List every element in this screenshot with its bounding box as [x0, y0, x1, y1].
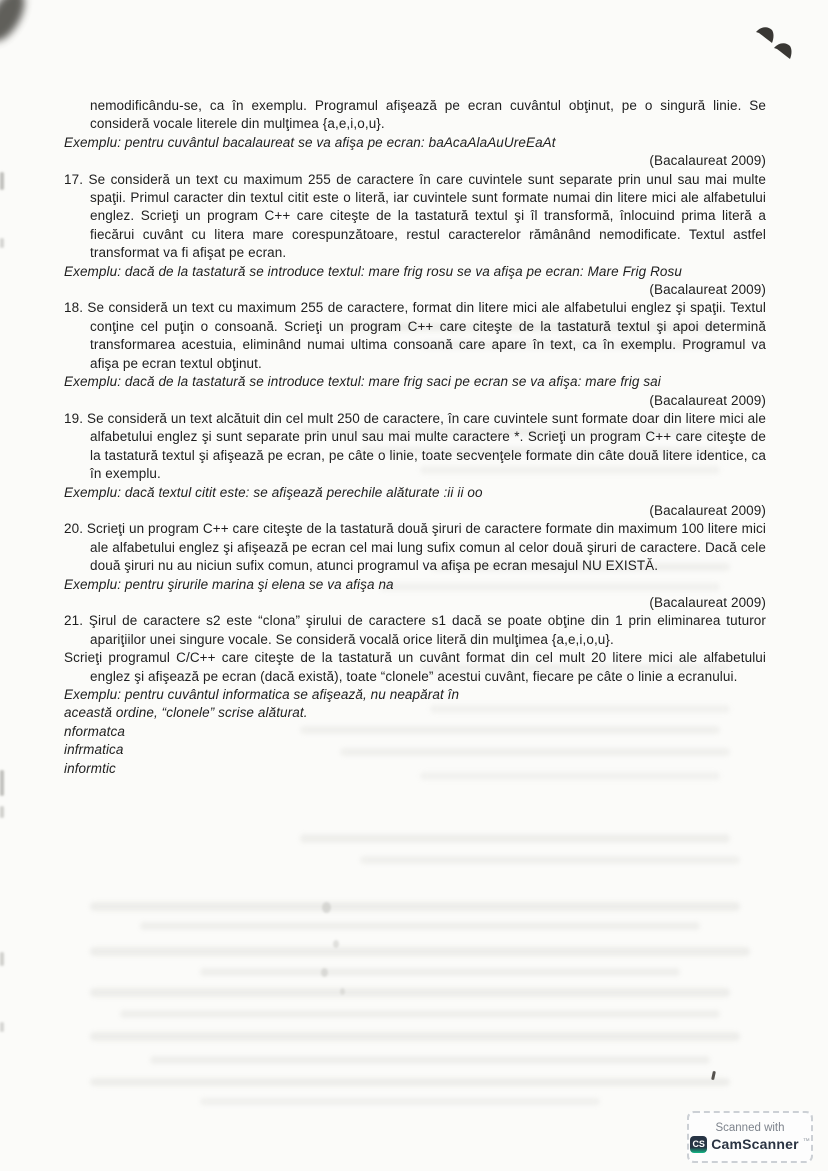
scan-smudge	[340, 988, 345, 995]
scan-smudge	[322, 902, 331, 913]
trademark-symbol: ™	[803, 1138, 810, 1145]
bleedthrough-line	[90, 1078, 730, 1086]
problem-19: 19. Se consideră un text alcătuit din ce…	[64, 410, 766, 484]
scan-smudge	[333, 940, 339, 948]
bleedthrough-line	[200, 968, 680, 976]
source-17: (Bacalaureat 2009)	[64, 281, 766, 299]
bleedthrough-line	[90, 902, 740, 911]
bleedthrough-line	[90, 1032, 740, 1041]
example-21-line1: Exemplu: pentru cuvântul informatica se …	[64, 686, 766, 704]
bleedthrough-line	[150, 1056, 710, 1064]
scan-edge-mark	[0, 806, 4, 818]
bleedthrough-line	[140, 922, 700, 930]
scan-edge-mark	[0, 770, 4, 796]
clone-word-3: informtic	[64, 760, 766, 778]
problem-18: 18. Se consideră un text cu maximum 255 …	[64, 299, 766, 373]
problem-17: 17. Se consideră un text cu maximum 255 …	[64, 171, 766, 263]
camscanner-logo-icon: CS	[690, 1136, 707, 1153]
clone-word-2: infrmatica	[64, 741, 766, 759]
problem-20: 20. Scrieţi un program C++ care citeşte …	[64, 520, 766, 575]
clone-word-1: nformatca	[64, 723, 766, 741]
source-20: (Bacalaureat 2009)	[64, 594, 766, 612]
camscanner-badge: Scanned with CS CamScanner ™	[687, 1111, 813, 1163]
scan-corner-shadow	[0, 0, 32, 47]
camscanner-brand: CamScanner	[711, 1136, 799, 1152]
bleedthrough-line	[300, 834, 730, 843]
source-19: (Bacalaureat 2009)	[64, 502, 766, 520]
scan-edge-mark	[0, 238, 4, 248]
source-18: (Bacalaureat 2009)	[64, 392, 766, 410]
scanned-with-label: Scanned with	[715, 1122, 784, 1134]
intro-continuation: nemodificându-se, ca în exemplu. Program…	[64, 97, 766, 134]
bleedthrough-line	[90, 988, 730, 997]
bleedthrough-line	[200, 1098, 600, 1105]
example-17: Exemplu: dacă de la tastatură se introdu…	[64, 263, 766, 281]
problem-21-task: Scrieţi programul C/C++ care citeşte de …	[64, 649, 766, 686]
example-16: Exemplu: pentru cuvântul bacalaureat se …	[64, 134, 766, 152]
example-19: Exemplu: dacă textul citit este: se afiş…	[64, 484, 766, 502]
scanned-page: nemodificându-se, ca în exemplu. Program…	[0, 0, 828, 1171]
scan-edge-mark	[0, 172, 4, 190]
bleedthrough-line	[120, 1010, 720, 1018]
example-21-line2: această ordine, “clonele” scrise alătura…	[64, 704, 766, 722]
example-20: Exemplu: pentru şirurile marina şi elena…	[64, 576, 766, 594]
bleedthrough-line	[90, 947, 750, 956]
scan-smudge	[321, 968, 328, 977]
bleedthrough-line	[360, 856, 740, 864]
source-16: (Bacalaureat 2009)	[64, 152, 766, 170]
scan-edge-mark	[0, 952, 4, 966]
scan-edge-mark	[0, 1022, 4, 1032]
problem-21: 21. Şirul de caractere s2 este “clona” ş…	[64, 612, 766, 649]
pen-stroke-marks	[748, 22, 812, 76]
example-18: Exemplu: dacă de la tastatură se introdu…	[64, 373, 766, 391]
document-text-column: nemodificându-se, ca în exemplu. Program…	[64, 97, 766, 778]
